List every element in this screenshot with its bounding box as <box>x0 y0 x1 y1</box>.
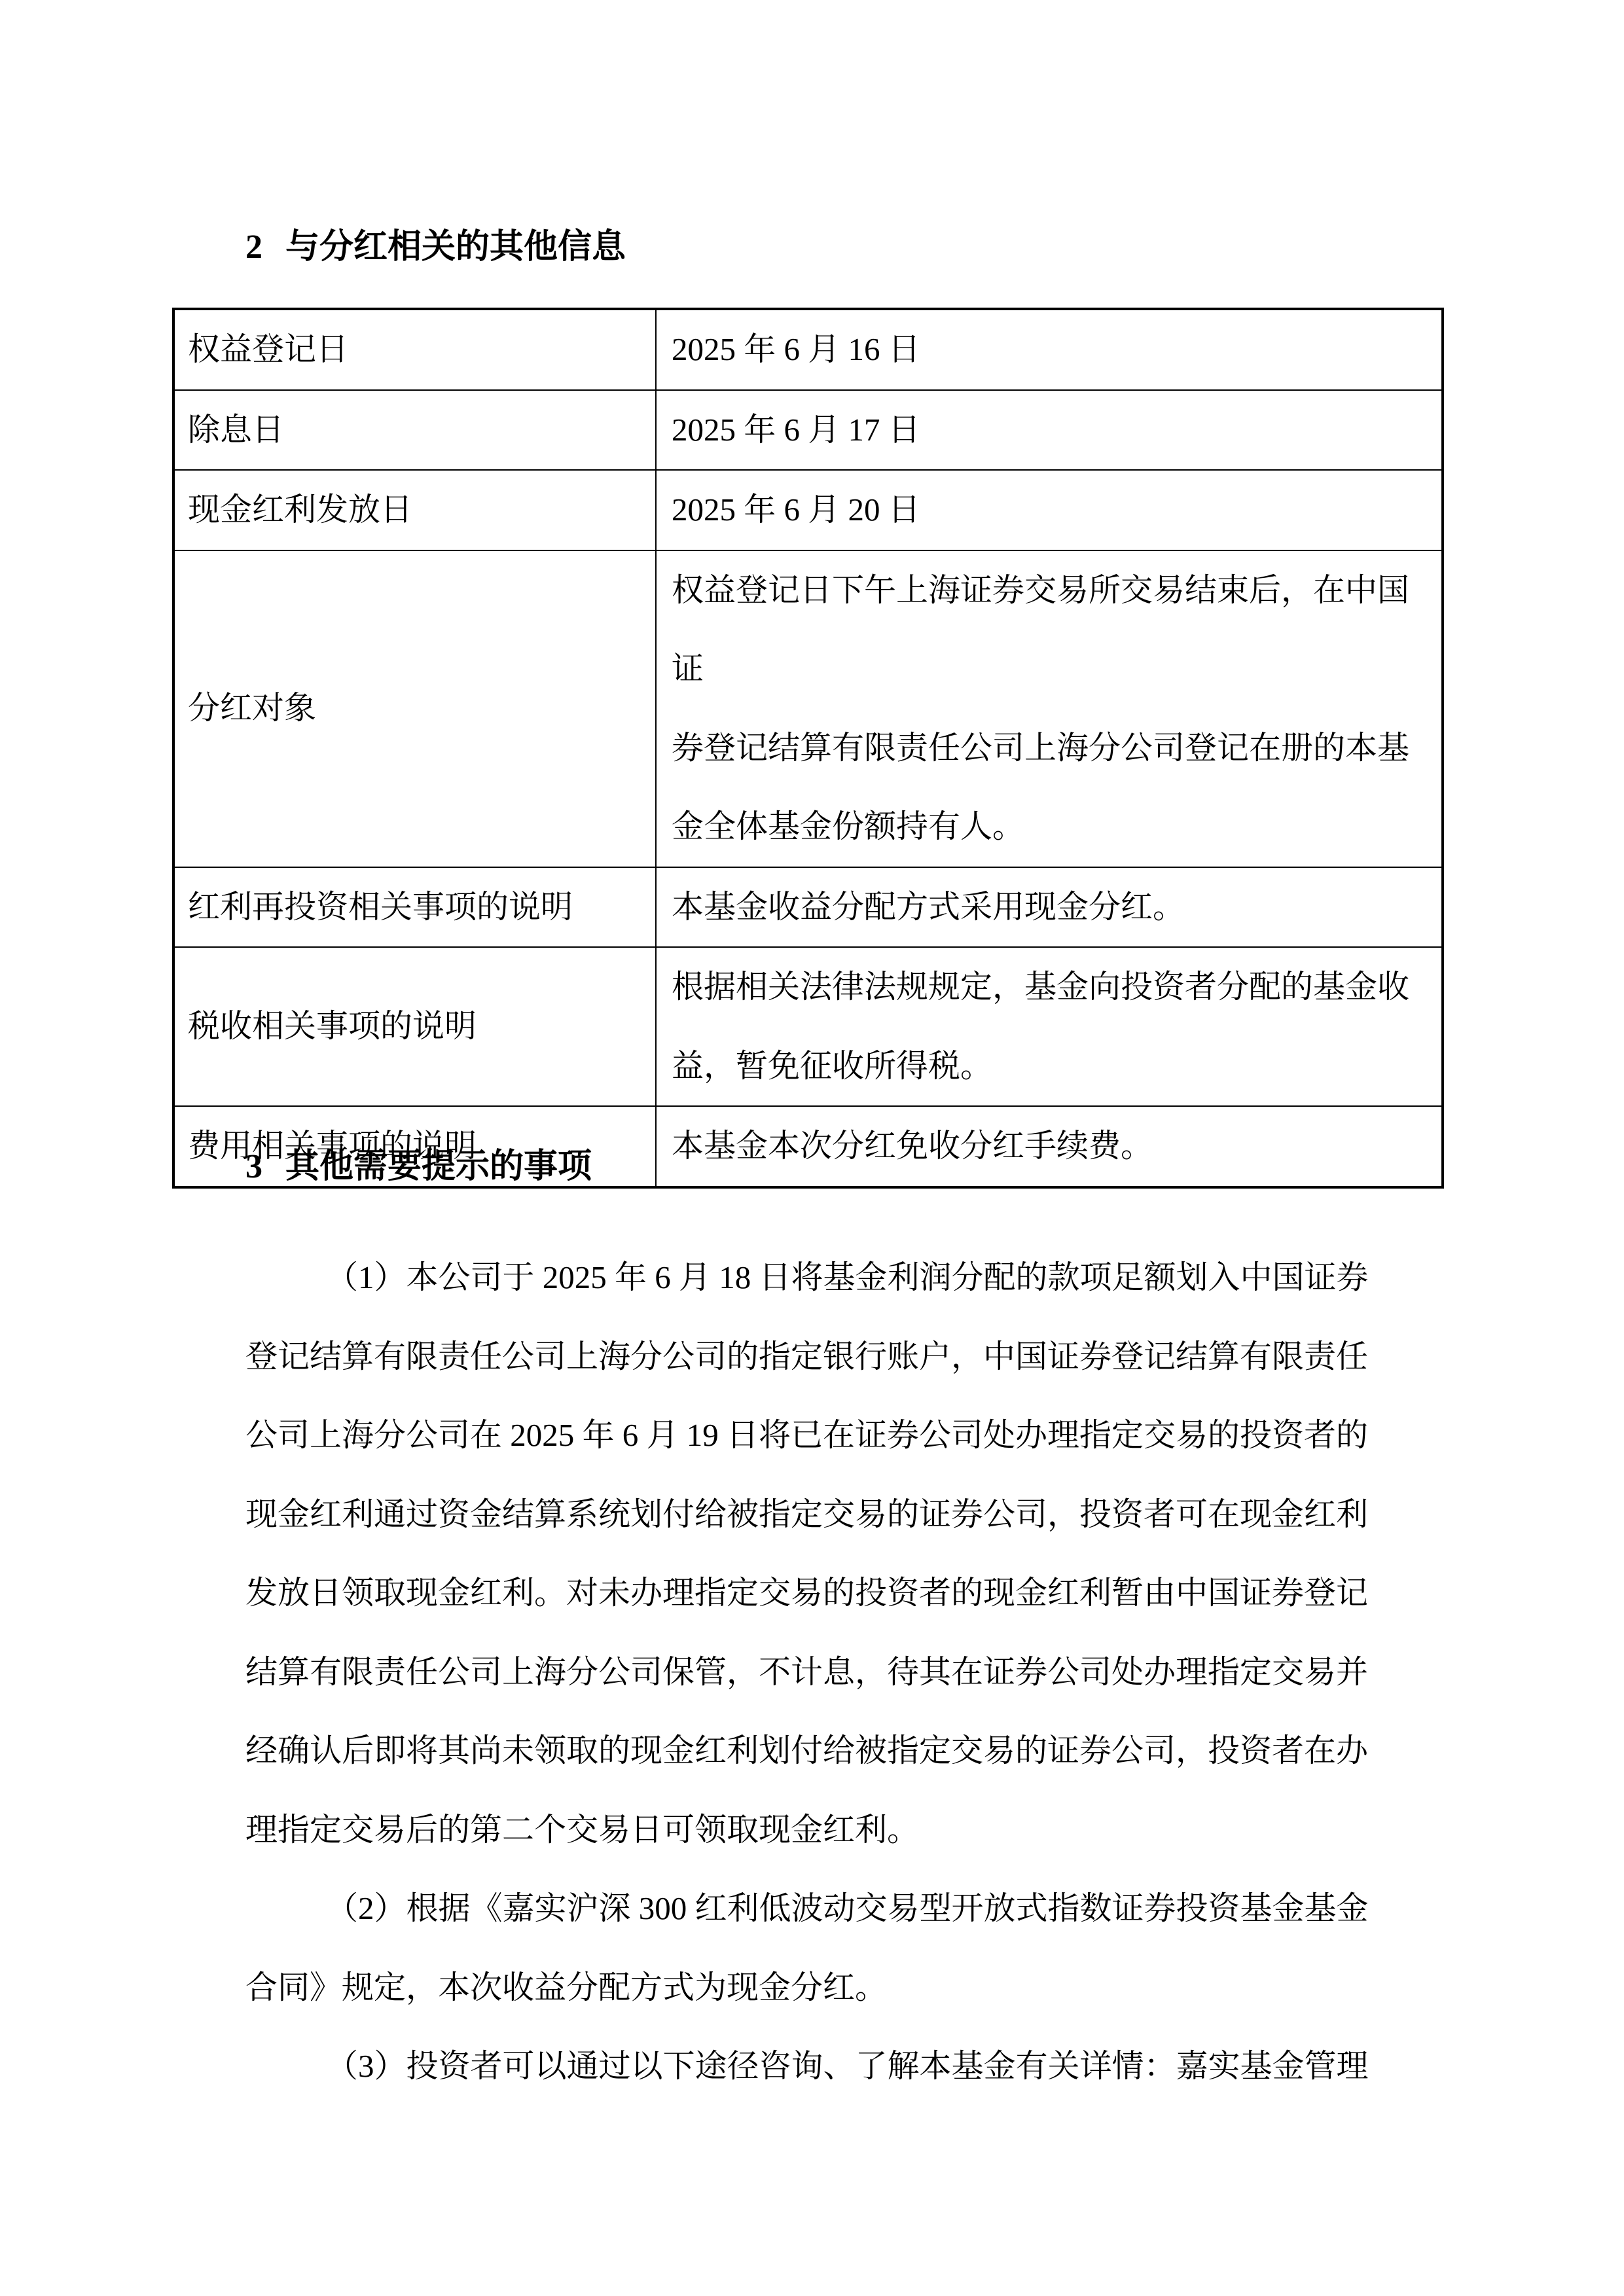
row-value-cell: 2025 年 6 月 20 日 <box>656 470 1443 550</box>
table-row: 税收相关事项的说明 根据相关法律法规规定，基金向投资者分配的基金收 益，暂免征收… <box>173 947 1443 1106</box>
row-value-cell: 2025 年 6 月 17 日 <box>656 390 1443 471</box>
row-label-cell: 除息日 <box>173 390 656 471</box>
table-row: 权益登记日 2025 年 6 月 16 日 <box>173 309 1443 390</box>
row-value-cell: 本基金本次分红免收分红手续费。 <box>656 1106 1443 1187</box>
paragraph: （3）投资者可以通过以下途径咨询、了解本基金有关详情：嘉实基金管理 <box>245 2027 1476 2106</box>
row-value-cell: 根据相关法律法规规定，基金向投资者分配的基金收 益，暂免征收所得税。 <box>656 947 1443 1106</box>
document-page: 2 与分红相关的其他信息 权益登记日 2025 年 6 月 16 日 除息日 2… <box>0 0 1624 2296</box>
paragraph: （1）本公司于 2025 年 6 月 18 日将基金利润分配的款项足额划入中国证… <box>245 1238 1476 1869</box>
row-label-cell: 税收相关事项的说明 <box>173 947 656 1106</box>
paragraph: （2）根据《嘉实沪深 300 红利低波动交易型开放式指数证券投资基金基金 合同》… <box>245 1869 1476 2027</box>
table-row: 分红对象 权益登记日下午上海证券交易所交易结束后，在中国证 券登记结算有限责任公… <box>173 550 1443 867</box>
row-value-cell: 本基金收益分配方式采用现金分红。 <box>656 867 1443 948</box>
row-label-cell: 现金红利发放日 <box>173 470 656 550</box>
table-row: 现金红利发放日 2025 年 6 月 20 日 <box>173 470 1443 550</box>
dividend-info-table: 权益登记日 2025 年 6 月 16 日 除息日 2025 年 6 月 17 … <box>172 308 1444 1189</box>
row-value-cell: 2025 年 6 月 16 日 <box>656 309 1443 390</box>
section2-heading: 2 与分红相关的其他信息 <box>245 229 626 266</box>
section3-body: （1）本公司于 2025 年 6 月 18 日将基金利润分配的款项足额划入中国证… <box>245 1238 1476 2106</box>
row-value-cell: 权益登记日下午上海证券交易所交易结束后，在中国证 券登记结算有限责任公司上海分公… <box>656 550 1443 867</box>
section3-heading: 3 其他需要提示的事项 <box>245 1149 592 1185</box>
row-label-cell: 红利再投资相关事项的说明 <box>173 867 656 948</box>
row-label-cell: 分红对象 <box>173 550 656 867</box>
row-label-cell: 权益登记日 <box>173 309 656 390</box>
table-row: 红利再投资相关事项的说明 本基金收益分配方式采用现金分红。 <box>173 867 1443 948</box>
table-row: 除息日 2025 年 6 月 17 日 <box>173 390 1443 471</box>
